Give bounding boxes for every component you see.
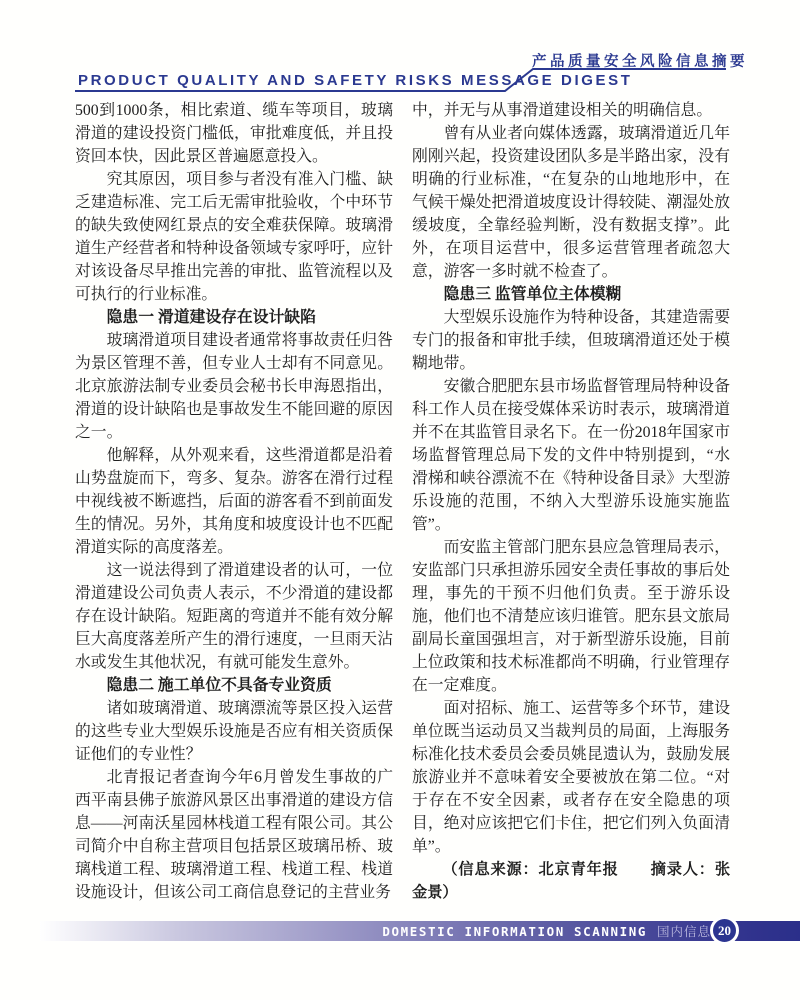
article-column-left: 500到1000条，相比索道、缆车等项目，玻璃滑道的建设投资门槛低，审批难度低，… <box>75 99 393 904</box>
paragraph: 隐患三 监管单位主体模糊 <box>412 283 730 306</box>
paragraph: 500到1000条，相比索道、缆车等项目，玻璃滑道的建设投资门槛低，审批难度低，… <box>75 99 393 168</box>
paragraph: 隐患二 施工单位不具备专业资质 <box>75 674 393 697</box>
paragraph: 面对招标、施工、运营等多个环节，建设单位既当运动员又当裁判员的局面，上海服务标准… <box>412 697 730 858</box>
page-number: 20 <box>718 923 731 939</box>
paragraph: 而安监主管部门肥东县应急管理局表示，安监部门只承担游乐园安全责任事故的事后处理，… <box>412 536 730 697</box>
paragraph: 他解释，从外观来看，这些滑道都是沿着山势盘旋而下，弯多、复杂。游客在滑行过程中视… <box>75 444 393 559</box>
paragraph: 究其原因，项目参与者没有准入门槛、缺乏建造标准、完工后无需审批验收，个中环节的缺… <box>75 168 393 306</box>
paragraph: 北青报记者查询今年6月曾发生事故的广西平南县佛子旅游风景区出事滑道的建设方信息—… <box>75 766 393 904</box>
footer-en-label: DOMESTIC INFORMATION SCANNING <box>382 924 647 939</box>
magazine-page: 产品质量安全风险信息摘要 PRODUCT QUALITY AND SAFETY … <box>0 0 800 1000</box>
footer-bar: DOMESTIC INFORMATION SCANNING 国内信息扫描 <box>40 921 800 941</box>
page-number-badge: 20 <box>710 916 739 945</box>
paragraph: 诸如玻璃滑道、玻璃漂流等景区投入运营的这些专业大型娱乐设施是否应有相关资质保证他… <box>75 697 393 766</box>
paragraph: 这一说法得到了滑道建设者的认可，一位滑道建设公司负责人表示，不少滑道的建设都存在… <box>75 559 393 674</box>
page-header-cn-title: 产品质量安全风险信息摘要 <box>532 50 728 71</box>
paragraph: 曾有从业者向媒体透露，玻璃滑道近几年刚刚兴起，投资建设团队多是半路出家，没有明确… <box>412 122 730 283</box>
page-header-en-title: PRODUCT QUALITY AND SAFETY RISKS MESSAGE… <box>78 72 538 89</box>
paragraph: 大型娱乐设施作为特种设备，其建造需要专门的报备和审批手续，但玻璃滑道还处于模糊地… <box>412 306 730 375</box>
article-column-right: 中，并无与从事滑道建设相关的明确信息。曾有从业者向媒体透露，玻璃滑道近几年刚刚兴… <box>412 99 730 904</box>
paragraph: 安徽合肥肥东县市场监督管理局特种设备科工作人员在接受媒体采访时表示，玻璃滑道并不… <box>412 375 730 536</box>
paragraph: （信息来源：北京青年报 摘录人：张金景） <box>412 858 730 904</box>
paragraph: 中，并无与从事滑道建设相关的明确信息。 <box>412 99 730 122</box>
paragraph: 玻璃滑道项目建设者通常将事故责任归咎为景区管理不善，但专业人士却有不同意见。北京… <box>75 329 393 444</box>
paragraph: 隐患一 滑道建设存在设计缺陷 <box>75 306 393 329</box>
